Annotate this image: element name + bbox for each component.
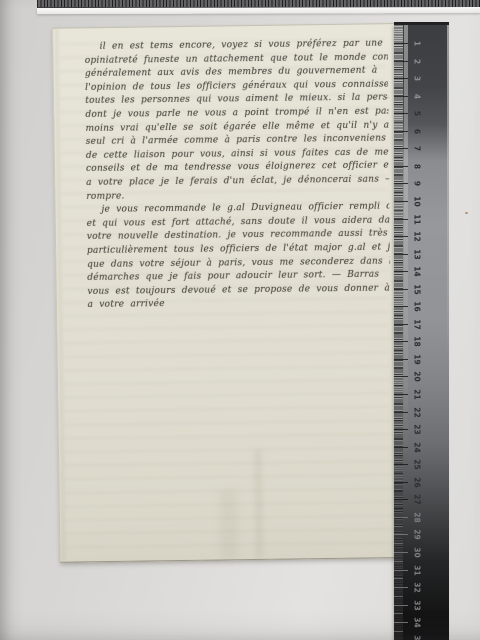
cm-tick (394, 166, 408, 167)
cm-number: 26 (412, 476, 423, 488)
half-cm-tick (394, 420, 403, 421)
cm-tick (394, 43, 408, 44)
half-cm-tick (394, 333, 403, 334)
cm-tick (394, 61, 408, 62)
half-cm-tick (394, 526, 403, 527)
cm-number: 34 (412, 617, 423, 629)
cm-number: 19 (412, 353, 423, 365)
cm-tick (394, 341, 408, 342)
cm-number: 30 (412, 546, 423, 558)
cm-number: 33 (412, 599, 423, 611)
cm-number: 17 (412, 318, 423, 330)
cm-tick (394, 447, 408, 448)
cm-tick (394, 552, 408, 553)
cm-number: 35 (412, 634, 423, 640)
cm-number: 6 (412, 125, 423, 137)
cm-number: 2 (412, 55, 423, 67)
cm-number: 24 (412, 441, 423, 453)
half-cm-tick (394, 69, 403, 70)
cm-tick (394, 376, 408, 377)
cm-tick (394, 394, 408, 395)
half-cm-tick (394, 543, 403, 544)
cm-number: 31 (412, 564, 423, 576)
half-cm-tick (394, 315, 403, 316)
cm-tick (394, 587, 408, 588)
half-cm-tick (394, 210, 403, 211)
half-cm-tick (394, 438, 403, 439)
cm-number: 14 (412, 266, 423, 278)
half-cm-tick (394, 227, 403, 228)
half-cm-tick (394, 491, 403, 492)
cm-tick (394, 271, 408, 272)
cm-tick (394, 429, 408, 430)
cm-number: 28 (412, 511, 423, 523)
cm-number: 1 (412, 38, 423, 50)
cm-tick (394, 570, 408, 571)
cm-number: 10 (412, 195, 423, 207)
half-cm-tick (394, 245, 403, 246)
cm-number: 3 (412, 73, 423, 85)
manuscript-letter-page: il en est tems encore, voyez si vous pré… (52, 23, 403, 563)
cm-tick (394, 254, 408, 255)
cm-tick (394, 289, 408, 290)
dust-speck (465, 212, 468, 214)
cm-number: 21 (412, 389, 423, 401)
half-cm-tick (394, 613, 403, 614)
handwriting-line: a votre arrivée (88, 296, 391, 313)
cm-number: 29 (412, 529, 423, 541)
half-cm-tick (394, 140, 403, 141)
horizontal-ruler-face (37, 7, 480, 14)
ruler-edge-highlight (404, 25, 408, 458)
half-cm-tick (394, 631, 403, 632)
half-cm-tick (394, 52, 403, 53)
half-cm-tick (394, 175, 403, 176)
cm-number: 32 (412, 582, 423, 594)
cm-number: 8 (412, 160, 423, 172)
cm-number: 16 (412, 301, 423, 313)
cm-tick (394, 201, 408, 202)
half-cm-tick (394, 280, 403, 281)
paper-stain (254, 449, 264, 559)
handwritten-text-block: il en est tems encore, voyez si vous pré… (85, 38, 391, 313)
cm-number: 5 (412, 108, 423, 120)
cm-tick (394, 306, 408, 307)
half-cm-tick (394, 385, 403, 386)
cm-number: 4 (412, 90, 423, 102)
cm-tick (394, 622, 408, 623)
half-cm-tick (394, 262, 403, 263)
paper-stain (219, 489, 238, 559)
photo-scene: il en est tems encore, voyez si vous pré… (0, 0, 480, 640)
cm-tick (394, 78, 408, 79)
cm-number: 22 (412, 406, 423, 418)
half-cm-tick (394, 122, 403, 123)
cm-tick (394, 96, 408, 97)
cm-tick (394, 131, 408, 132)
cm-number: 25 (412, 459, 423, 471)
half-cm-tick (394, 403, 403, 404)
cm-tick (394, 324, 408, 325)
horizontal-ruler-edge (37, 0, 480, 13)
cm-tick (394, 236, 408, 237)
cm-tick (394, 499, 408, 500)
half-cm-tick (394, 561, 403, 562)
cm-tick (394, 534, 408, 535)
cm-number: 20 (412, 371, 423, 383)
half-cm-tick (394, 596, 403, 597)
cm-tick (394, 359, 408, 360)
cm-number: 13 (412, 248, 423, 260)
half-cm-tick (394, 104, 403, 105)
vertical-steel-ruler: 1234567891011121314151617181920212223242… (394, 22, 449, 640)
cm-number: 9 (412, 178, 423, 190)
half-cm-tick (394, 508, 403, 509)
half-cm-tick (394, 297, 403, 298)
cm-number: 15 (412, 283, 423, 295)
cm-tick (394, 113, 408, 114)
cm-tick (394, 148, 408, 149)
cm-tick (394, 605, 408, 606)
half-cm-tick (394, 350, 403, 351)
half-cm-tick (394, 473, 403, 474)
half-cm-tick (394, 455, 403, 456)
cm-number: 11 (412, 213, 423, 225)
cm-tick (394, 517, 408, 518)
paper-edge-crease (55, 29, 67, 562)
cm-tick (394, 219, 408, 220)
half-cm-tick (394, 157, 403, 158)
cm-number: 18 (412, 336, 423, 348)
cm-tick (394, 482, 408, 483)
cm-tick (394, 412, 408, 413)
cm-number: 12 (412, 231, 423, 243)
half-cm-tick (394, 192, 403, 193)
half-cm-tick (394, 87, 403, 88)
cm-tick (394, 464, 408, 465)
half-cm-tick (394, 578, 403, 579)
cm-number: 7 (412, 143, 423, 155)
cm-number: 23 (412, 424, 423, 436)
cm-number: 27 (412, 494, 423, 506)
cm-tick (394, 183, 408, 184)
half-cm-tick (394, 368, 403, 369)
